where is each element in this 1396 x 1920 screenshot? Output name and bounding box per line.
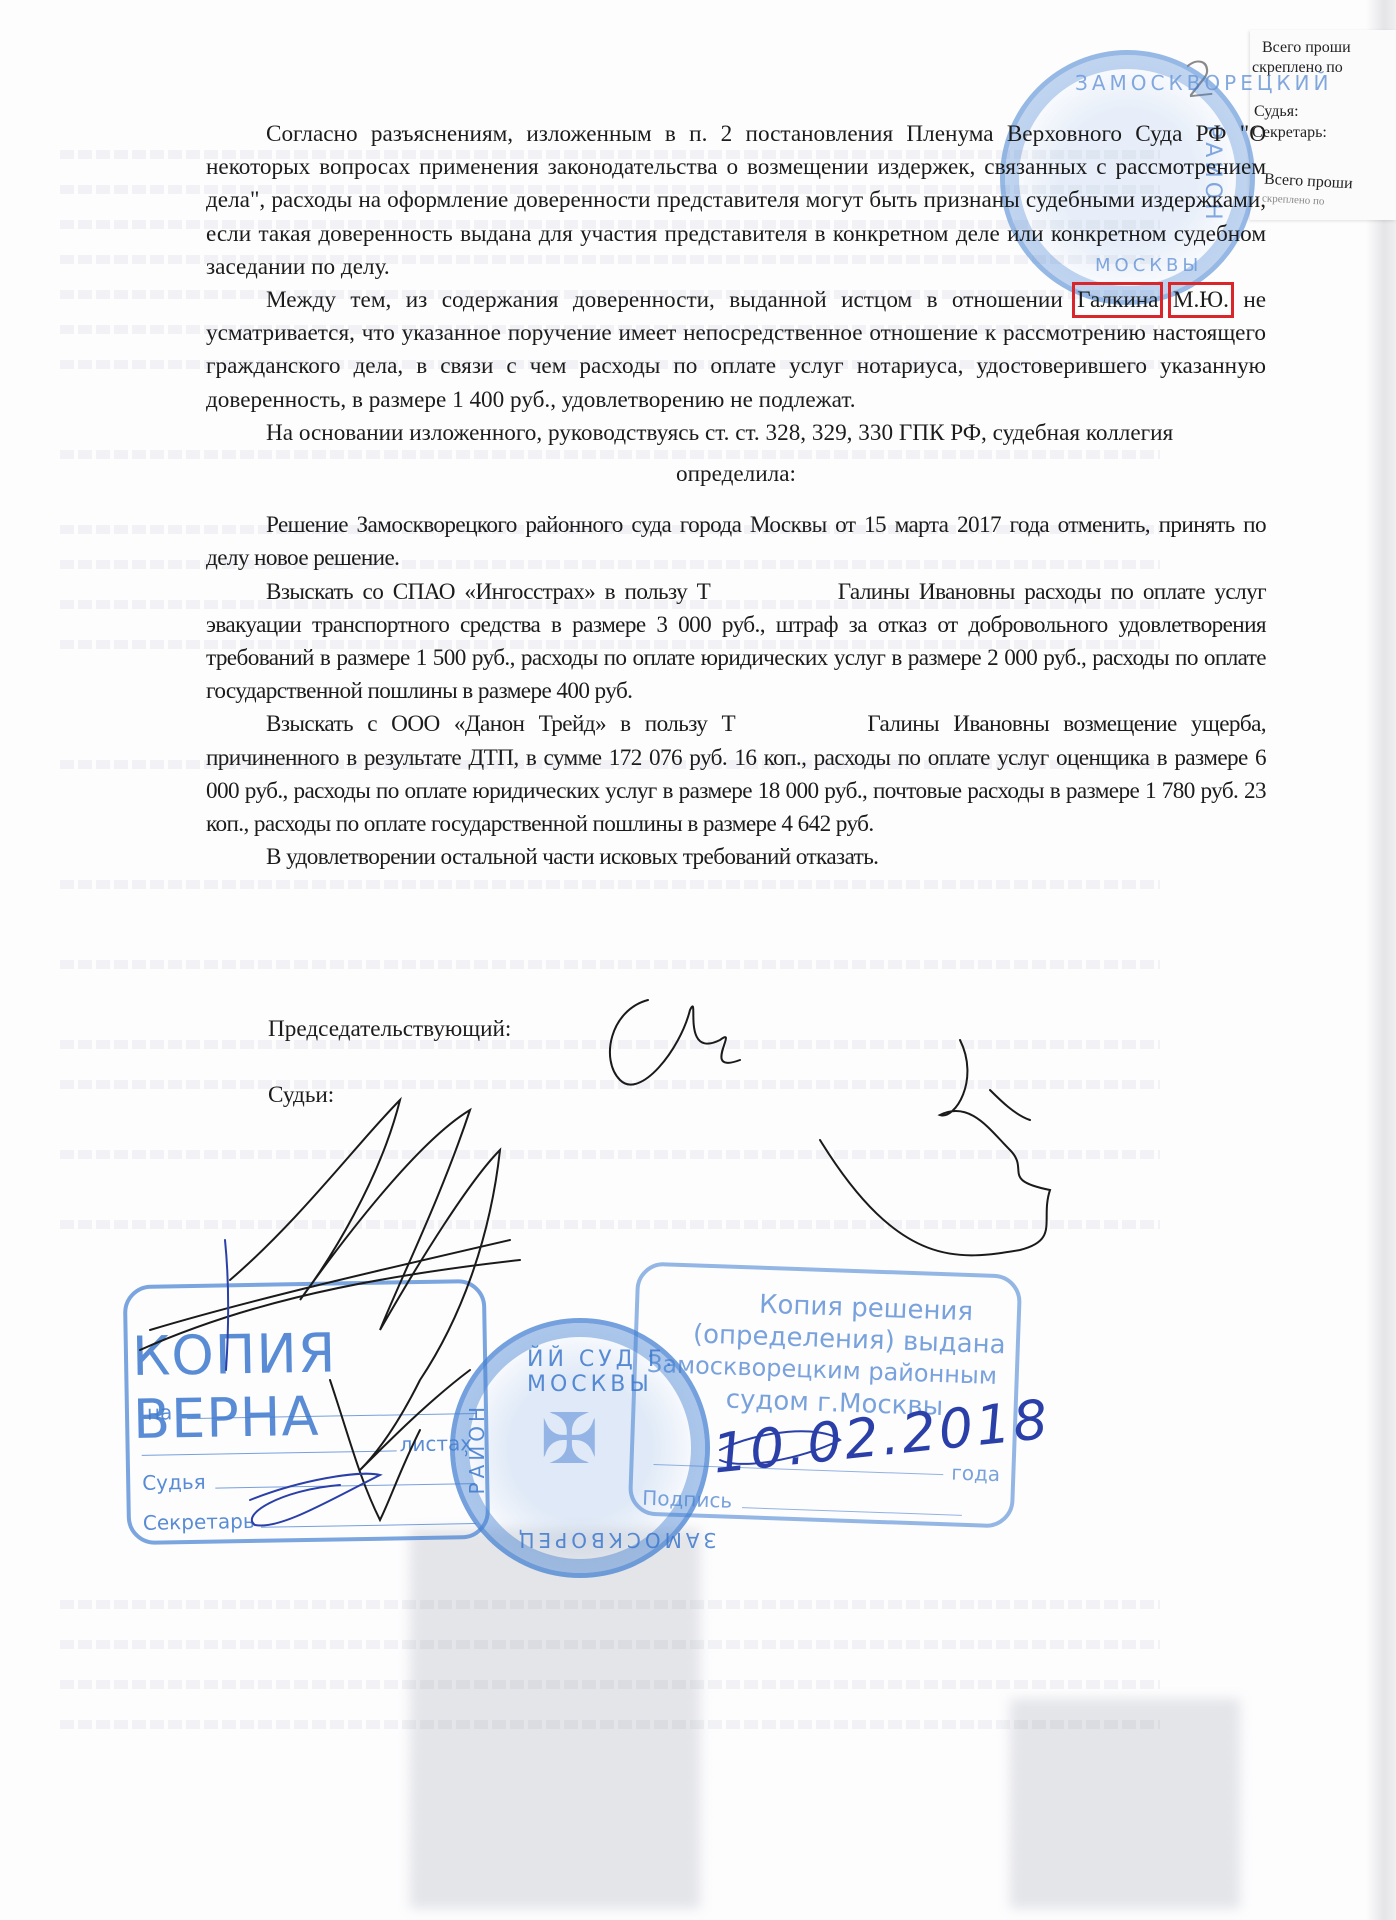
ruling-text: Согласно разъяснениям, изложенным в п. 2… <box>206 118 1266 874</box>
poa-text-start: Между тем, из содержания доверенности, в… <box>266 287 1063 313</box>
scan-smudge-right <box>1010 1700 1240 1910</box>
stamp-secretary-label: Секретарь <box>143 1509 255 1535</box>
stamp-on-label: на <box>147 1400 173 1424</box>
round-seal-left-text: РАЙОН <box>465 1403 489 1494</box>
issued-line-1: Копия решения <box>759 1290 974 1327</box>
paragraph-legal-basis: На основании изложенного, руководствуясь… <box>206 417 1266 450</box>
issued-year-label: года <box>951 1460 1001 1486</box>
highlighted-initials: М.Ю. <box>1173 287 1229 313</box>
highlighted-surname: Галкина <box>1077 287 1158 313</box>
resolution-item-4: В удовлетворении остальной части исковых… <box>206 841 1266 874</box>
resolution-item-3: Взыскать с ООО «Данон Трейд» в пользу Т … <box>206 708 1266 841</box>
paragraph-power-of-attorney: Между тем, из содержания доверенности, в… <box>206 284 1266 417</box>
scan-smudge-left <box>410 1530 700 1910</box>
presiding-judge-label: Председательствующий: <box>268 1013 511 1046</box>
resolution-item-1: Решение Замоскворецкого районного суда г… <box>206 509 1266 575</box>
scanned-page: Всего проши скреплено по Судья: Секретар… <box>0 0 1396 1920</box>
coat-of-arms-icon: ✠ <box>540 1398 599 1480</box>
seal-top-arc-text: ЗАМОСКВОРЕЦКИЙ <box>1075 71 1332 95</box>
note-line-6: скреплено по <box>1262 188 1325 211</box>
note-line-1: Всего проши <box>1262 38 1351 58</box>
resolution-item-2: Взыскать со СПАО «Ингосстрах» в пользу Т… <box>206 576 1266 709</box>
signature-block: Председательствующий: Судьи: <box>268 1013 511 1112</box>
attached-binding-note: Всего проши скреплено по Судья: Секретар… <box>1250 30 1396 220</box>
paragraph-costs-explanation: Согласно разъяснениям, изложенным в п. 2… <box>206 118 1266 284</box>
round-seal-bottom-text: ЗАМОСКВОРЕЦ <box>515 1528 716 1552</box>
danon-text-start: Взыскать с ООО «Данон Трейд» в пользу Т <box>266 711 735 737</box>
court-round-seal: ЙЙ СУД Г. МОСКВЫ ЗАМОСКВОРЕЦ РАЙОН ✠ <box>450 1318 710 1578</box>
ingosstrakh-text-start: Взыскать со СПАО «Ингосстрах» в пользу Т <box>266 579 710 605</box>
page-edge-shadow <box>1366 0 1396 1920</box>
round-seal-top-text: ЙЙ СУД Г. МОСКВЫ <box>527 1347 705 1397</box>
stamp-judge-label: Судья <box>142 1470 206 1495</box>
resolution-heading: определила: <box>206 458 1266 491</box>
copy-verified-stamp: КОПИЯ ВЕРНА на листах Судья Секретарь <box>123 1279 490 1545</box>
judges-label: Судьи: <box>268 1079 511 1112</box>
